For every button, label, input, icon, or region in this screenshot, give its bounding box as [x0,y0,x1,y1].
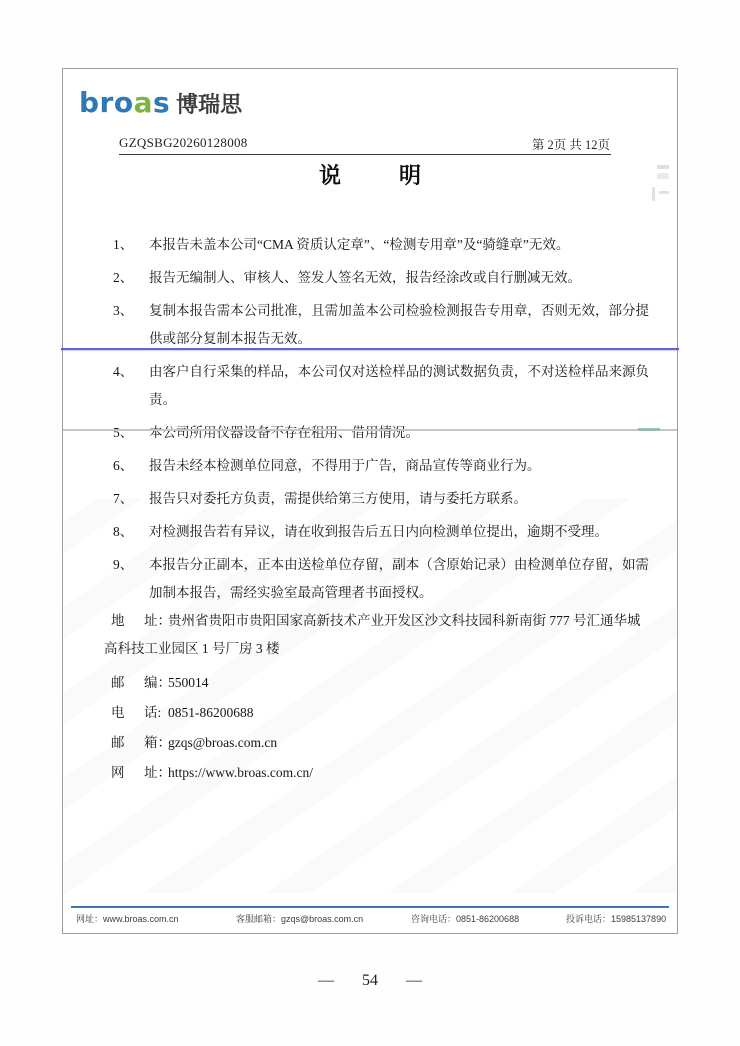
logo-wordmark: broas [79,89,170,117]
list-item: 5、 本公司所用仪器设备不存在租用、借用情况。 [63,419,649,447]
postcode-label-2: 编： [144,668,171,698]
logo-text-blue-2: s [153,86,170,119]
postcode-label-1: 邮 [111,668,125,698]
list-item: 3、 复制本报告需本公司批准，且需加盖本公司检验检测报告专用章，否则无效，部分提… [63,297,649,353]
note-text: 报告无编制人、审核人、签发人签名无效，报告经涂改或自行删减无效。 [149,270,581,285]
report-page: broas 博瑞思 GZQSBG20260128008 第 2页 共 12页 说… [62,68,678,934]
footer-website: 网址：www.broas.com.cn [76,912,179,925]
title-char-left: 说 [319,159,341,190]
email-value: gzqs@broas.com.cn [168,728,277,758]
note-text: 对检测报告若有异议，请在收到报告后五日内向检测单位提出，逾期不受理。 [149,524,608,539]
document-canvas: broas 博瑞思 GZQSBG20260128008 第 2页 共 12页 说… [0,0,740,1046]
website-label-2: 址： [144,758,171,788]
note-number: 2、 [113,264,133,292]
note-text: 本报告分正副本，正本由送检单位存留，副本（含原始记录）由检测单位存留，如需加制本… [149,557,649,600]
note-text: 由客户自行采集的样品，本公司仅对送检样品的测试数据负责，不对送检样品来源负责。 [149,364,649,407]
logo-text-blue-1: bro [79,86,134,119]
scan-smudge [657,173,669,179]
scan-smudge [657,165,669,169]
phone-label-1: 电 [111,698,125,728]
logo-chinese-name: 博瑞思 [176,95,242,117]
scan-artifact-teal-mark [638,428,660,431]
list-item: 6、 报告未经本检测单位同意，不得用于广告，商品宣传等商业行为。 [63,452,649,480]
note-number: 7、 [113,485,133,513]
logo-text-green: a [134,86,153,119]
list-item: 9、 本报告分正副本，正本由送检单位存留，副本（含原始记录）由检测单位存留，如需… [63,551,649,607]
footer-inquiry-phone-value: 0851-86200688 [456,914,519,924]
notes-list: 1、 本报告未盖本公司“CMA 资质认定章”、“检测专用章”及“骑缝章”无效。 … [63,231,679,612]
note-number: 4、 [113,358,133,386]
phone-label-2: 话: [144,698,161,728]
note-number: 3、 [113,297,133,325]
note-text: 报告未经本检测单位同意，不得用于广告，商品宣传等商业行为。 [149,458,541,473]
page-title: 说 明 [63,159,677,190]
email-label-2: 箱： [144,728,171,758]
report-number: GZQSBG20260128008 [119,135,248,151]
list-item: 1、 本报告未盖本公司“CMA 资质认定章”、“检测专用章”及“骑缝章”无效。 [63,231,649,259]
note-text: 本公司所用仪器设备不存在租用、借用情况。 [149,425,419,440]
document-page-number: —54— [0,972,740,990]
footer-website-value: www.broas.com.cn [103,914,179,924]
list-item: 8、 对检测报告若有异议，请在收到报告后五日内向检测单位提出，逾期不受理。 [63,518,649,546]
list-item: 2、 报告无编制人、审核人、签发人签名无效，报告经涂改或自行删减无效。 [63,264,649,292]
footer-service-email: 客服邮箱：gzqs@broas.com.cn [236,912,363,925]
title-char-right: 明 [399,159,421,190]
address-value: 贵州省贵阳市贵阳国家高新技术产业开发区沙文科技园科新南街 777 号汇通华城 [168,606,641,636]
pagenum-value: 54 [362,972,378,989]
note-number: 1、 [113,231,133,259]
scan-smudge [652,187,655,201]
footer-inquiry-phone-label: 咨询电话： [411,914,456,924]
website-label-1: 网 [111,758,125,788]
phone-value: 0851-86200688 [168,698,254,728]
postcode-value: 550014 [168,668,209,698]
footer-complaint-phone-label: 投诉电话： [566,914,611,924]
pagenum-dash-right: — [406,972,422,989]
header-rule [119,154,611,155]
note-text: 报告只对委托方负责，需提供给第三方使用，请与委托方联系。 [149,491,527,506]
page-indicator: 第 2页 共 12页 [532,135,610,153]
address-label-1: 地 [111,606,125,636]
footer-complaint-phone: 投诉电话：15985137890 [566,912,666,925]
scan-artifact-blue-line [61,348,679,350]
note-text: 本报告未盖本公司“CMA 资质认定章”、“检测专用章”及“骑缝章”无效。 [149,237,569,252]
note-number: 6、 [113,452,133,480]
footer-service-email-value: gzqs@broas.com.cn [281,914,363,924]
contact-address-line2: 高科技工业园区 1 号厂房 3 楼 [104,634,280,664]
page-footer: 网址：www.broas.com.cn 客服邮箱：gzqs@broas.com.… [63,912,677,928]
scan-smudge [659,191,669,194]
pagenum-dash-left: — [318,972,334,989]
list-item: 4、 由客户自行采集的样品，本公司仅对送检样品的测试数据负责，不对送检样品来源负… [63,358,649,414]
footer-rule [71,906,669,908]
company-logo: broas 博瑞思 [79,89,242,117]
footer-complaint-phone-value: 15985137890 [611,914,666,924]
note-number: 8、 [113,518,133,546]
note-text: 复制本报告需本公司批准，且需加盖本公司检验检测报告专用章，否则无效，部分提供或部… [149,303,649,346]
list-item: 7、 报告只对委托方负责，需提供给第三方使用，请与委托方联系。 [63,485,649,513]
website-value: https://www.broas.com.cn/ [168,758,313,788]
scan-artifact-grey-line [63,429,677,431]
email-label-1: 邮 [111,728,125,758]
footer-service-email-label: 客服邮箱： [236,914,281,924]
address-label-2: 址： [144,606,171,636]
footer-inquiry-phone: 咨询电话：0851-86200688 [411,912,519,925]
note-number: 5、 [113,419,133,447]
note-number: 9、 [113,551,133,579]
footer-website-label: 网址： [76,914,103,924]
